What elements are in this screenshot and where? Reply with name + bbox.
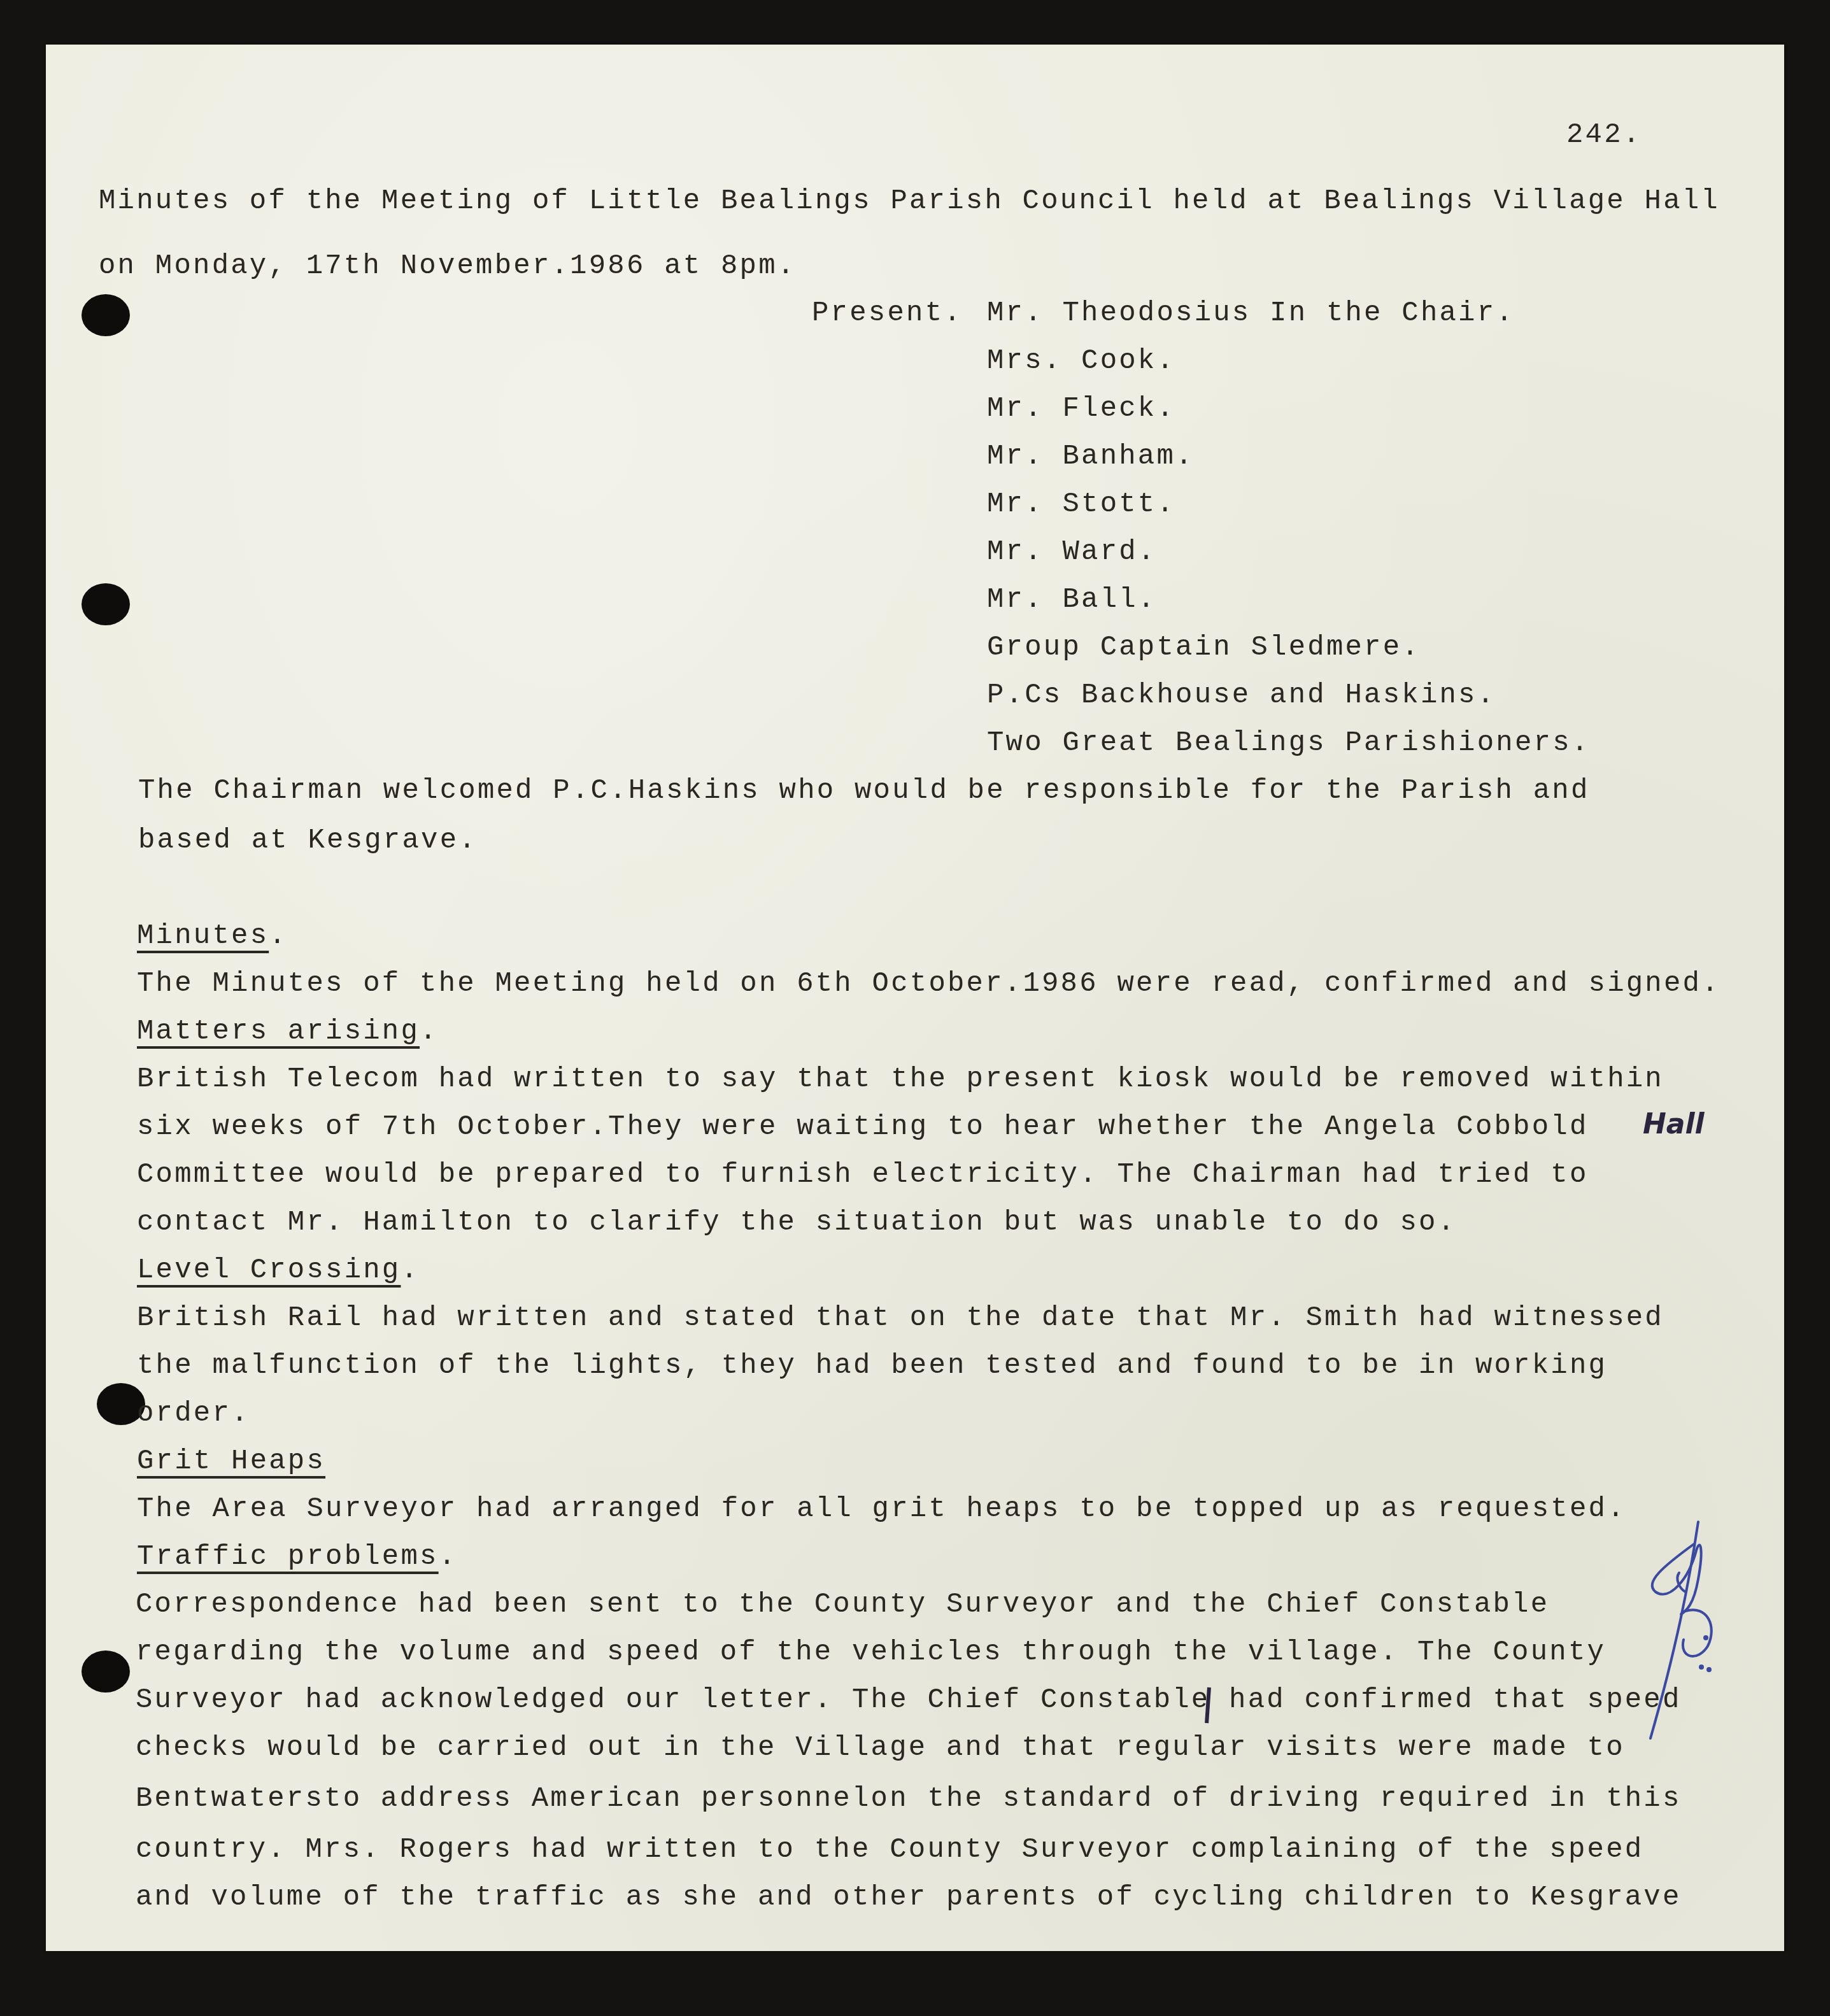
punch-hole-4 — [82, 1650, 130, 1693]
handwritten-hall: Hall — [1643, 1108, 1705, 1140]
attendee: Mr. Theodosius In the Chair. — [987, 299, 1515, 327]
title-line-2: on Monday, 17th November.1986 at 8pm. — [99, 252, 796, 280]
section-heading-minutes: Minutes. — [137, 922, 288, 950]
heading-suffix: . — [401, 1254, 420, 1286]
signature-initials-icon — [1625, 1509, 1752, 1751]
heading-text: Traffic problems — [137, 1541, 439, 1573]
heading-suffix: . — [420, 1016, 439, 1047]
matters-line: Committee would be prepared to furnish e… — [137, 1161, 1589, 1189]
punch-hole-1 — [82, 294, 130, 336]
title-line-1: Minutes of the Meeting of Little Bealing… — [99, 187, 1720, 215]
heading-text: Grit Heaps — [137, 1445, 325, 1477]
attendee: Group Captain Sledmere. — [987, 634, 1421, 662]
attendee: Mr. Fleck. — [987, 395, 1175, 423]
attendee: Two Great Bealings Parishioners. — [987, 729, 1590, 757]
minutes-text: The Minutes of the Meeting held on 6th O… — [137, 970, 1720, 998]
attendee: Mr. Ward. — [987, 538, 1156, 566]
attendee: Mr. Banham. — [987, 443, 1195, 471]
welcome-line-1: The Chairman welcomed P.C.Haskins who wo… — [138, 777, 1590, 805]
level-crossing-line: order. — [137, 1400, 250, 1428]
section-heading-matters-arising: Matters arising. — [137, 1018, 439, 1046]
present-label: Present. — [812, 299, 963, 327]
traffic-line: regarding the volume and speed of the ve… — [136, 1638, 1606, 1666]
heading-suffix: . — [439, 1541, 458, 1573]
attendee: Mr. Ball. — [987, 586, 1156, 614]
matters-line: British Telecom had written to say that … — [137, 1065, 1664, 1093]
traffic-line: Surveyor had acknowledged our letter. Th… — [136, 1686, 1682, 1714]
traffic-line: Correspondence had been sent to the Coun… — [136, 1591, 1549, 1619]
traffic-line: checks would be carried out in the Villa… — [136, 1734, 1625, 1762]
matters-line: six weeks of 7th October.They were waiti… — [137, 1113, 1589, 1141]
punch-hole-2 — [82, 583, 130, 625]
section-heading-traffic-problems: Traffic problems. — [137, 1543, 457, 1571]
heading-text: Matters arising — [137, 1016, 420, 1047]
heading-text: Level Crossing — [137, 1254, 401, 1286]
matters-line: contact Mr. Hamilton to clarify the situ… — [137, 1209, 1456, 1237]
attendee: Mr. Stott. — [987, 490, 1175, 518]
section-heading-level-crossing: Level Crossing. — [137, 1256, 420, 1284]
page-number: 242. — [1566, 121, 1642, 149]
attendee: P.Cs Backhouse and Haskins. — [987, 681, 1496, 709]
section-heading-grit-heaps: Grit Heaps — [137, 1447, 325, 1475]
document-page: 242. Minutes of the Meeting of Little Be… — [46, 45, 1784, 1951]
heading-text: Minutes — [137, 920, 269, 952]
traffic-line: Bentwatersto address American personnelo… — [136, 1785, 1682, 1813]
attendee: Mrs. Cook. — [987, 347, 1175, 375]
traffic-line: country. Mrs. Rogers had written to the … — [136, 1836, 1643, 1864]
traffic-line: and volume of the traffic as she and oth… — [136, 1884, 1682, 1912]
grit-heaps-line: The Area Surveyor had arranged for all g… — [137, 1495, 1626, 1523]
level-crossing-line: the malfunction of the lights, they had … — [137, 1352, 1607, 1380]
level-crossing-line: British Rail had written and stated that… — [137, 1304, 1664, 1332]
welcome-line-2: based at Kesgrave. — [138, 827, 478, 855]
heading-suffix: . — [269, 920, 288, 952]
